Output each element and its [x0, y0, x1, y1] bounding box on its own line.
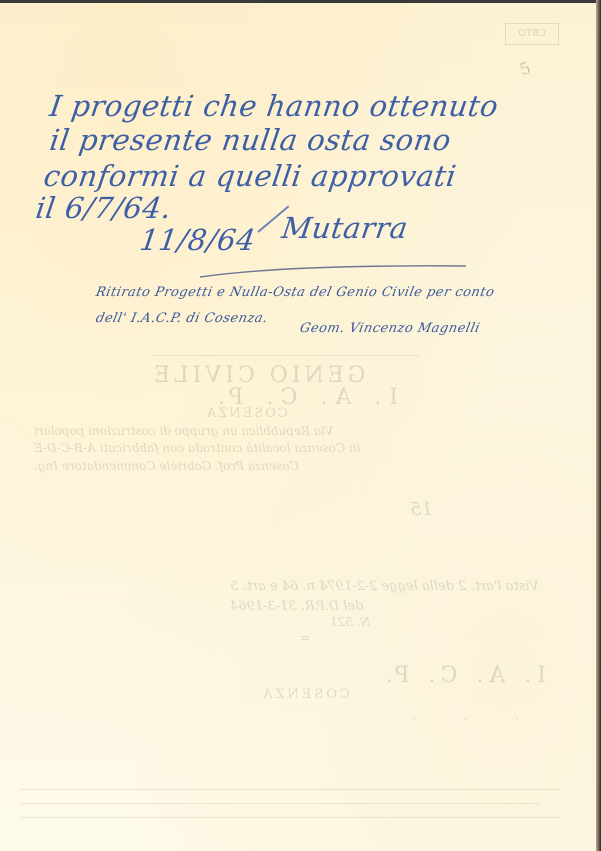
bleed-separator: = [300, 631, 310, 645]
bleed-rule [150, 355, 420, 356]
bleed-rule [20, 817, 560, 818]
bleed-number: 15 [410, 499, 433, 520]
bleed-rule [20, 789, 560, 790]
signature: Mutarra [280, 211, 411, 245]
bleed-law-line-3: N. 521 [330, 615, 370, 629]
scan-top-edge [0, 0, 601, 3]
document-page: CBTO 5 I progetti che hanno ottenuto il … [0, 3, 596, 851]
corner-stamp: CBTO [505, 23, 559, 45]
bleed-paragraph-1: Via Repubblica un gruppo di costruzioni … [34, 424, 333, 438]
bleed-dots: . . . [390, 709, 519, 723]
secondary-note-line-2: dell' I.A.C.P. di Cosenza. [94, 311, 269, 326]
note-line-4: il 6/7/64. [34, 191, 174, 225]
secondary-note-signer: Geom. Vincenzo Magnelli [298, 321, 481, 336]
note-line-3: conformi a quelli approvati [42, 159, 459, 193]
note-date: 11/8/64 [138, 223, 258, 257]
bleed-rule [20, 803, 540, 804]
scan-right-edge [596, 0, 601, 851]
note-line-2: il presente nulla osta sono [48, 123, 454, 157]
bleed-law-line-2: del D.P.R. 31-3-1964 [230, 599, 363, 614]
bleed-header-3: I. A. C. P. [380, 663, 546, 688]
bleed-law-line-1: Visto l'art. 2 della legge 2-2-1974 n. 6… [230, 579, 539, 594]
bleed-subheader-2: COSENZA [260, 687, 350, 702]
bleed-paragraph-3: Cosenza Prof. Gabriele Commendatore Ing. [34, 459, 299, 473]
bleed-subheader-1: COSENZA [205, 406, 288, 421]
bleed-paragraph-2: in Cosenza località contrada con fabbric… [34, 441, 361, 455]
pencil-divider-line [198, 261, 468, 281]
corner-mark: 5 [517, 58, 533, 79]
secondary-note-line-1: Ritirato Progetti e Nulla-Osta del Genio… [94, 285, 496, 300]
note-line-1: I progetti che hanno ottenuto [48, 89, 501, 123]
